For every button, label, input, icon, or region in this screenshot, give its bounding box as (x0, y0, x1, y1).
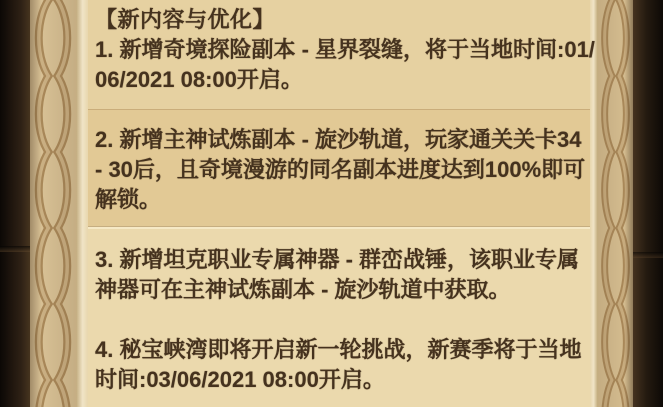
notice-section-4: 4. 秘宝峡湾即将开启新一轮挑战，新赛季将于当地 时间:03/06/2021 0… (95, 335, 595, 395)
notice-line: 1. 新增奇境探险副本 - 星界裂缝，将于当地时间:01/ (95, 35, 595, 65)
notice-line: - 30后，且奇境漫游的同名副本进度达到100%即可 (95, 155, 595, 185)
notice-section-1: 1. 新增奇境探险副本 - 星界裂缝，将于当地时间:01/ 06/2021 08… (95, 35, 595, 95)
notice-line: 06/2021 08:00开启。 (95, 65, 595, 95)
left-frame (0, 0, 30, 407)
notice-section-3: 3. 新增坦克职业专属神器 - 群峦战锤，该职业专属 神器可在主神试炼副本 - … (95, 245, 595, 305)
notice-title: 【新内容与优化】 (95, 5, 595, 35)
left-frame-seam (0, 246, 30, 252)
notice-line: 时间:03/06/2021 08:00开启。 (95, 365, 595, 395)
notice-section-2: 2. 新增主神试炼副本 - 旋沙轨道，玩家通关关卡34 - 30后，且奇境漫游的… (95, 125, 595, 215)
right-frame-seam (633, 252, 663, 258)
update-notice-screen: 【新内容与优化】 1. 新增奇境探险副本 - 星界裂缝，将于当地时间:01/ 0… (0, 0, 663, 407)
notice-line: 3. 新增坦克职业专属神器 - 群峦战锤，该职业专属 (95, 245, 595, 275)
right-frame (633, 0, 663, 407)
left-rope-border (30, 0, 76, 407)
left-parchment-edge (76, 0, 88, 407)
notice-content[interactable]: 【新内容与优化】 1. 新增奇境探险副本 - 星界裂缝，将于当地时间:01/ 0… (95, 5, 595, 395)
right-rope-border (598, 0, 633, 407)
notice-line: 2. 新增主神试炼副本 - 旋沙轨道，玩家通关关卡34 (95, 125, 595, 155)
notice-line: 神器可在主神试炼副本 - 旋沙轨道中获取。 (95, 275, 595, 305)
notice-line: 解锁。 (95, 185, 595, 215)
notice-line: 4. 秘宝峡湾即将开启新一轮挑战，新赛季将于当地 (95, 335, 595, 365)
